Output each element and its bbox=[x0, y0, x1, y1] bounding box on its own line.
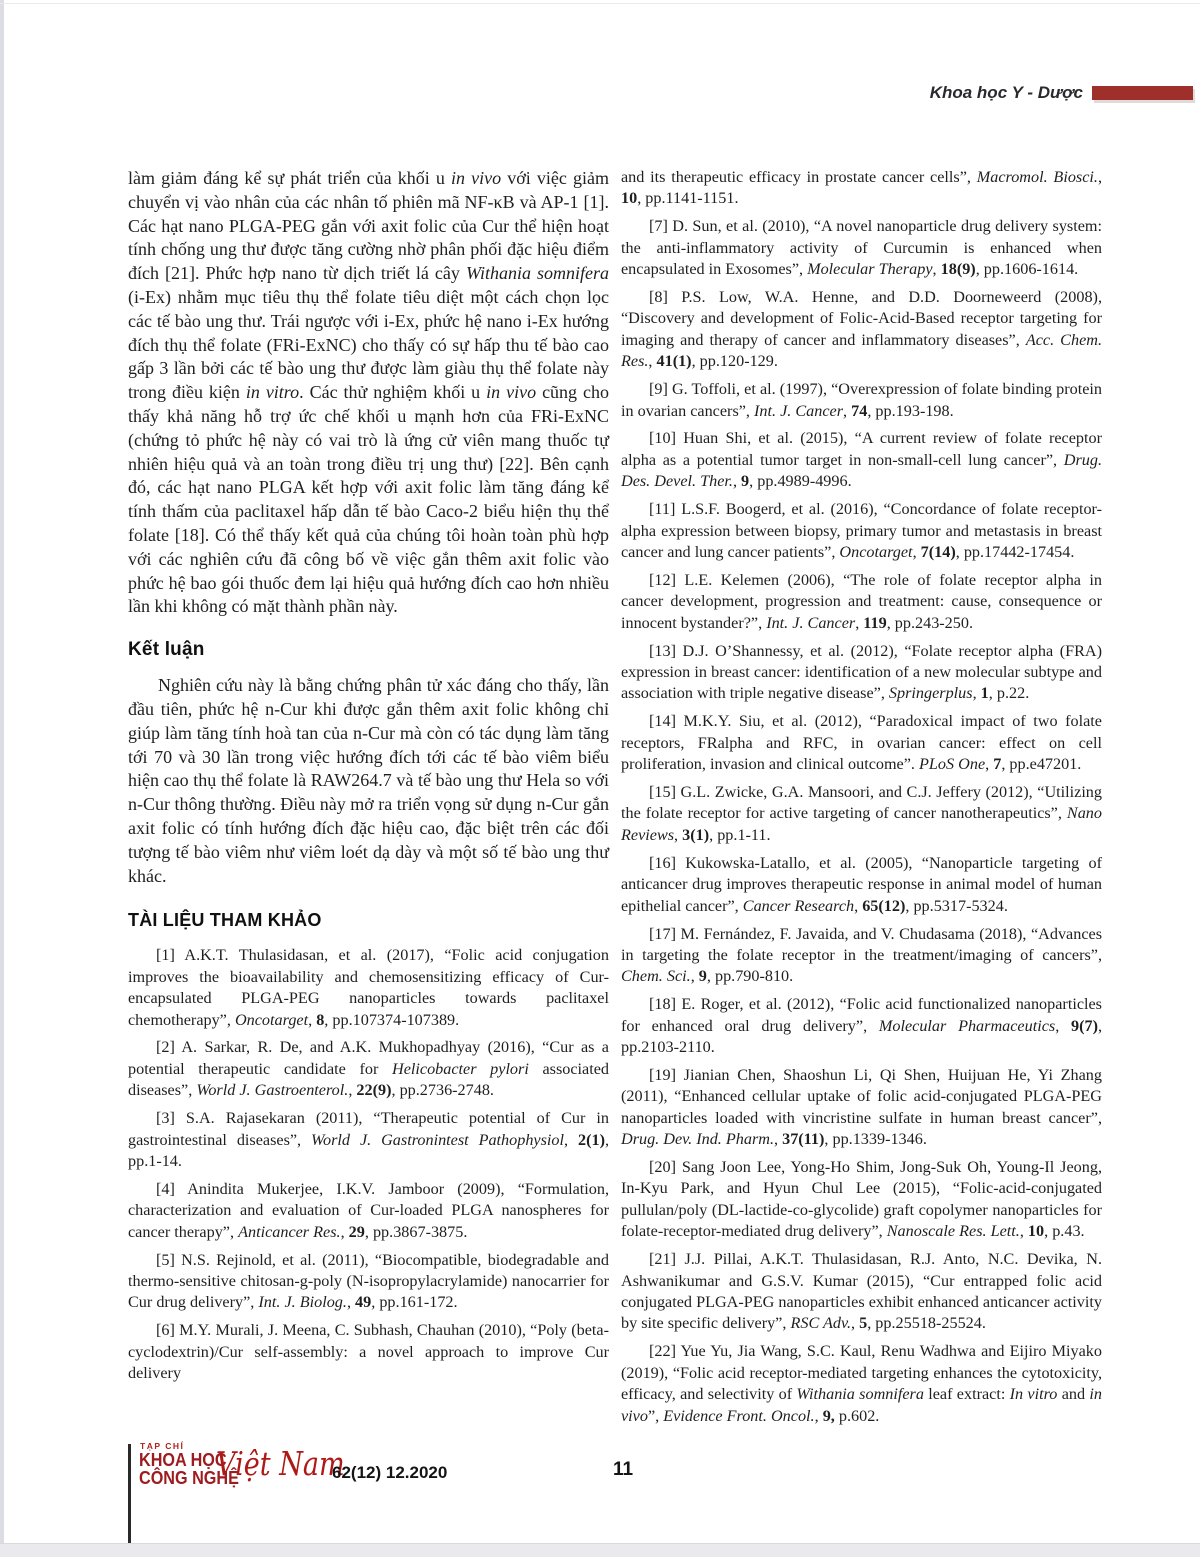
reference-item: [8] P.S. Low, W.A. Henne, and D.D. Doorn… bbox=[621, 287, 1102, 373]
reference-item: [18] E. Roger, et al. (2012), “Folic aci… bbox=[621, 994, 1102, 1058]
section-rule-bar bbox=[1092, 86, 1193, 100]
right-column: and its therapeutic efficacy in prostate… bbox=[621, 167, 1102, 1433]
page-header: Khoa học Y - Dược bbox=[0, 83, 1193, 103]
reference-item: [1] A.K.T. Thulasidasan, et al. (2017), … bbox=[128, 945, 609, 1031]
issue-label: 62(12) 12.2020 bbox=[332, 1463, 447, 1483]
reference-item: [17] M. Fernández, F. Javaida, and V. Ch… bbox=[621, 924, 1102, 988]
reference-item: [13] D.J. O’Shannessy, et al. (2012), “F… bbox=[621, 641, 1102, 705]
reference-item: [6] M.Y. Murali, J. Meena, C. Subhash, C… bbox=[128, 1320, 609, 1384]
reference-item: [20] Sang Joon Lee, Yong-Ho Shim, Jong-S… bbox=[621, 1157, 1102, 1243]
reference-item: [10] Huan Shi, et al. (2015), “A current… bbox=[621, 428, 1102, 492]
references-list-right: [7] D. Sun, et al. (2010), “A novel nano… bbox=[621, 216, 1102, 1427]
scan-edge-top bbox=[0, 3, 1200, 4]
reference-item: [11] L.S.F. Boogerd, et al. (2016), “Con… bbox=[621, 499, 1102, 563]
section-label: Khoa học Y - Dược bbox=[930, 83, 1083, 103]
conclusion-paragraph: Nghiên cứu này là bằng chứng phân tử xác… bbox=[128, 674, 609, 888]
reference-item: [19] Jianian Chen, Shaoshun Li, Qi Shen,… bbox=[621, 1065, 1102, 1151]
reference-item: [4] Anindita Mukerjee, I.K.V. Jamboor (2… bbox=[128, 1179, 609, 1243]
conclusion-heading: Kết luận bbox=[128, 639, 609, 661]
reference-item: [15] G.L. Zwicke, G.A. Mansoori, and C.J… bbox=[621, 782, 1102, 846]
references-list-left: [1] A.K.T. Thulasidasan, et al. (2017), … bbox=[128, 945, 609, 1384]
page-number: 11 bbox=[613, 1459, 633, 1481]
references-heading: TÀI LIỆU THAM KHẢO bbox=[128, 910, 609, 931]
journal-page: { "header": { "section": "Khoa học Y - D… bbox=[0, 0, 1200, 1557]
intro-paragraph: làm giảm đáng kể sự phát triển của khối … bbox=[128, 167, 609, 619]
reference-item: [22] Yue Yu, Jia Wang, S.C. Kaul, Renu W… bbox=[621, 1341, 1102, 1427]
reference-item: [5] N.S. Rejinold, et al. (2011), “Bioco… bbox=[128, 1250, 609, 1314]
reference-item: [21] J.J. Pillai, A.K.T. Thulasidasan, R… bbox=[621, 1249, 1102, 1335]
journal-name-suffix: Việt Nam bbox=[216, 1444, 345, 1483]
reference-item: [16] Kukowska-Latallo, et al. (2005), “N… bbox=[621, 853, 1102, 917]
left-column: làm giảm đáng kể sự phát triển của khối … bbox=[128, 167, 609, 1391]
reference-item: [2] A. Sarkar, R. De, and A.K. Mukhopadh… bbox=[128, 1037, 609, 1101]
reference-item: [14] M.K.Y. Siu, et al. (2012), “Paradox… bbox=[621, 711, 1102, 775]
reference-item: [12] L.E. Kelemen (2006), “The role of f… bbox=[621, 570, 1102, 634]
scan-edge-bottom bbox=[0, 1543, 1200, 1557]
reference-continuation: and its therapeutic efficacy in prostate… bbox=[621, 167, 1102, 210]
reference-item: [7] D. Sun, et al. (2010), “A novel nano… bbox=[621, 216, 1102, 280]
footer-logo-rule bbox=[128, 1444, 131, 1545]
scan-edge-left bbox=[0, 0, 4, 1557]
reference-item: [9] G. Toffoli, et al. (1997), “Overexpr… bbox=[621, 379, 1102, 422]
reference-item: [3] S.A. Rajasekaran (2011), “Therapeuti… bbox=[128, 1108, 609, 1172]
